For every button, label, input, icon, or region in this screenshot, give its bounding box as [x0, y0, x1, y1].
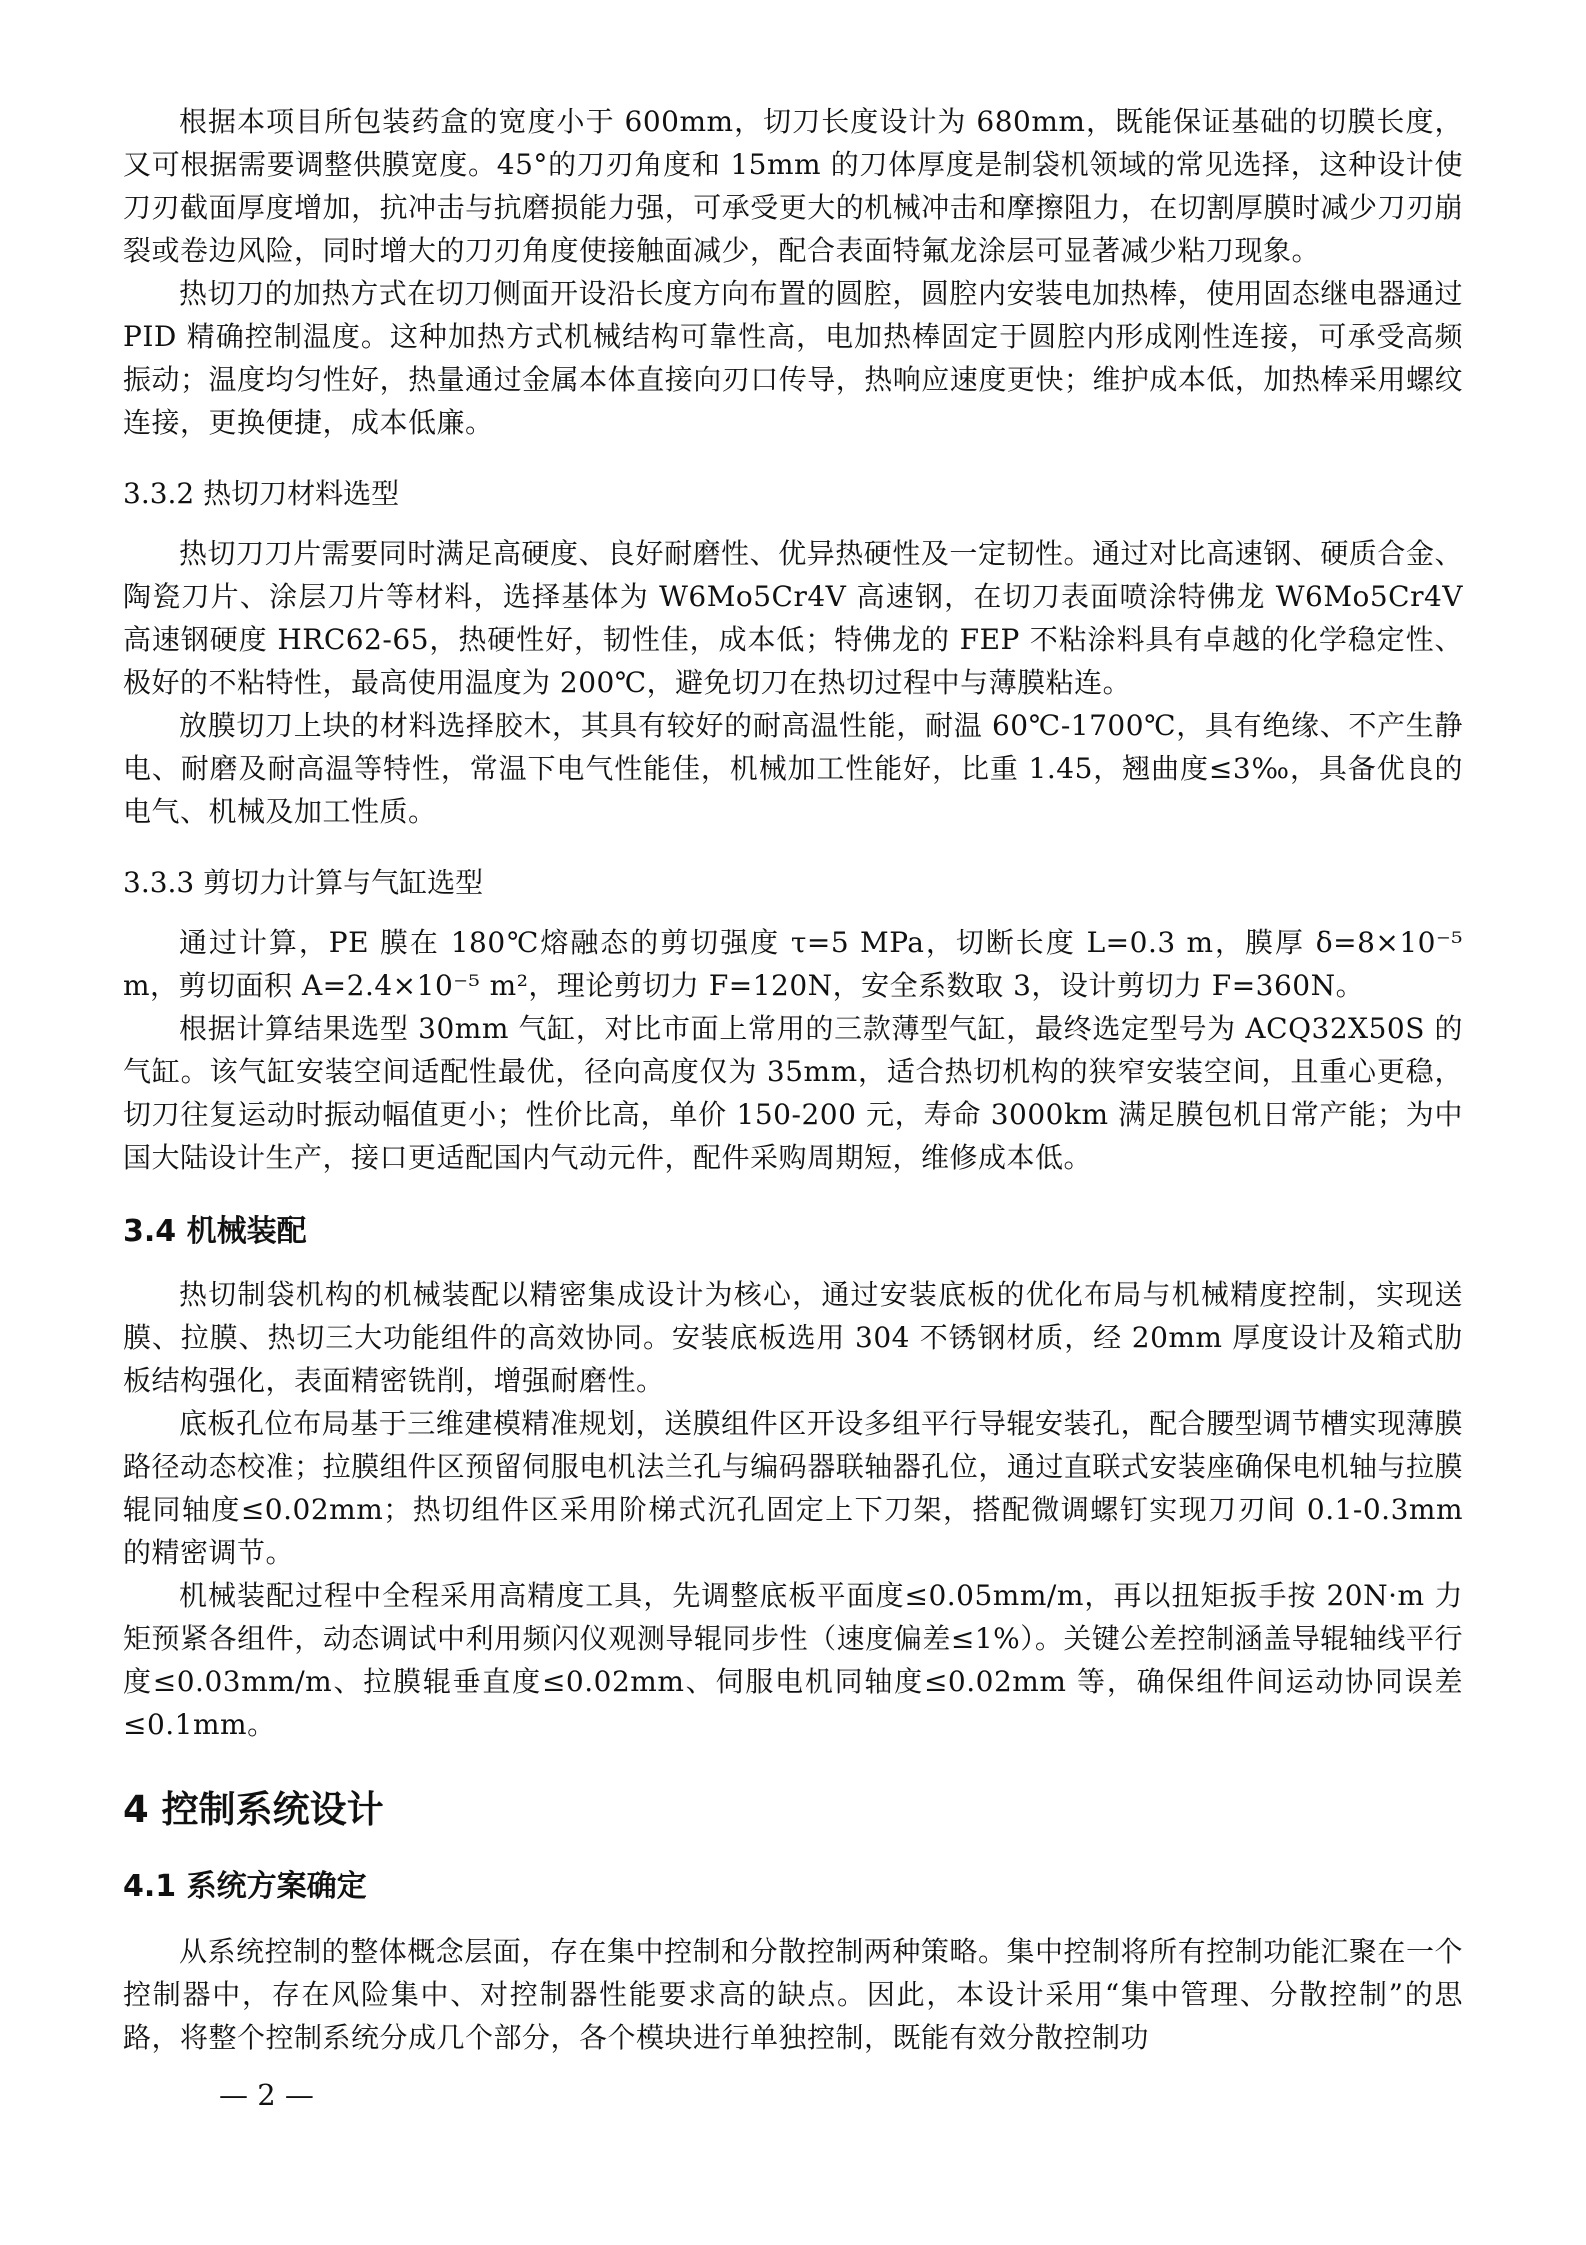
paragraph-cylinder-selection: 根据计算结果选型 30mm 气缸，对比市面上常用的三款薄型气缸，最终选定型号为 …	[123, 1007, 1463, 1179]
paragraph-control-strategy: 从系统控制的整体概念层面，存在集中控制和分散控制两种策略。集中控制将所有控制功能…	[123, 1930, 1463, 2059]
document-page: 根据本项目所包装药盒的宽度小于 600mm，切刀长度设计为 680mm，既能保证…	[0, 0, 1586, 2245]
paragraph-blade-material: 热切刀刀片需要同时满足高硬度、良好耐磨性、优异热硬性及一定韧性。通过对比高速钢、…	[123, 532, 1463, 704]
paragraph-bakelite-block: 放膜切刀上块的材料选择胶木，其具有较好的耐高温性能，耐温 60℃-1700℃，具…	[123, 704, 1463, 833]
paragraph-knife-dimensions: 根据本项目所包装药盒的宽度小于 600mm，切刀长度设计为 680mm，既能保证…	[123, 100, 1463, 272]
paragraph-assembly-core: 热切制袋机构的机械装配以精密集成设计为核心，通过安装底板的优化布局与机械精度控制…	[123, 1273, 1463, 1402]
heading-3-3-3-shear-force-cylinder: 3.3.3 剪切力计算与气缸选型	[123, 861, 1463, 905]
paragraph-shear-calculation: 通过计算，PE 膜在 180℃熔融态的剪切强度 τ=5 MPa，切断长度 L=0…	[123, 921, 1463, 1007]
document-content: 根据本项目所包装药盒的宽度小于 600mm，切刀长度设计为 680mm，既能保证…	[123, 0, 1463, 2117]
page-number: — 2 —	[123, 2073, 1463, 2117]
paragraph-heating-method: 热切刀的加热方式在切刀侧面开设沿长度方向布置的圆腔，圆腔内安装电加热棒，使用固态…	[123, 272, 1463, 444]
paragraph-baseplate-holes: 底板孔位布局基于三维建模精准规划，送膜组件区开设多组平行导辊安装孔，配合腰型调节…	[123, 1402, 1463, 1574]
heading-3-4-mechanical-assembly: 3.4 机械装配	[123, 1209, 1463, 1255]
heading-3-3-2-material-selection: 3.3.2 热切刀材料选型	[123, 472, 1463, 516]
heading-4-control-system-design: 4 控制系统设计	[123, 1782, 1463, 1838]
paragraph-assembly-tolerance: 机械装配过程中全程采用高精度工具，先调整底板平面度≤0.05mm/m，再以扭矩扳…	[123, 1574, 1463, 1746]
heading-4-1-system-scheme: 4.1 系统方案确定	[123, 1864, 1463, 1910]
